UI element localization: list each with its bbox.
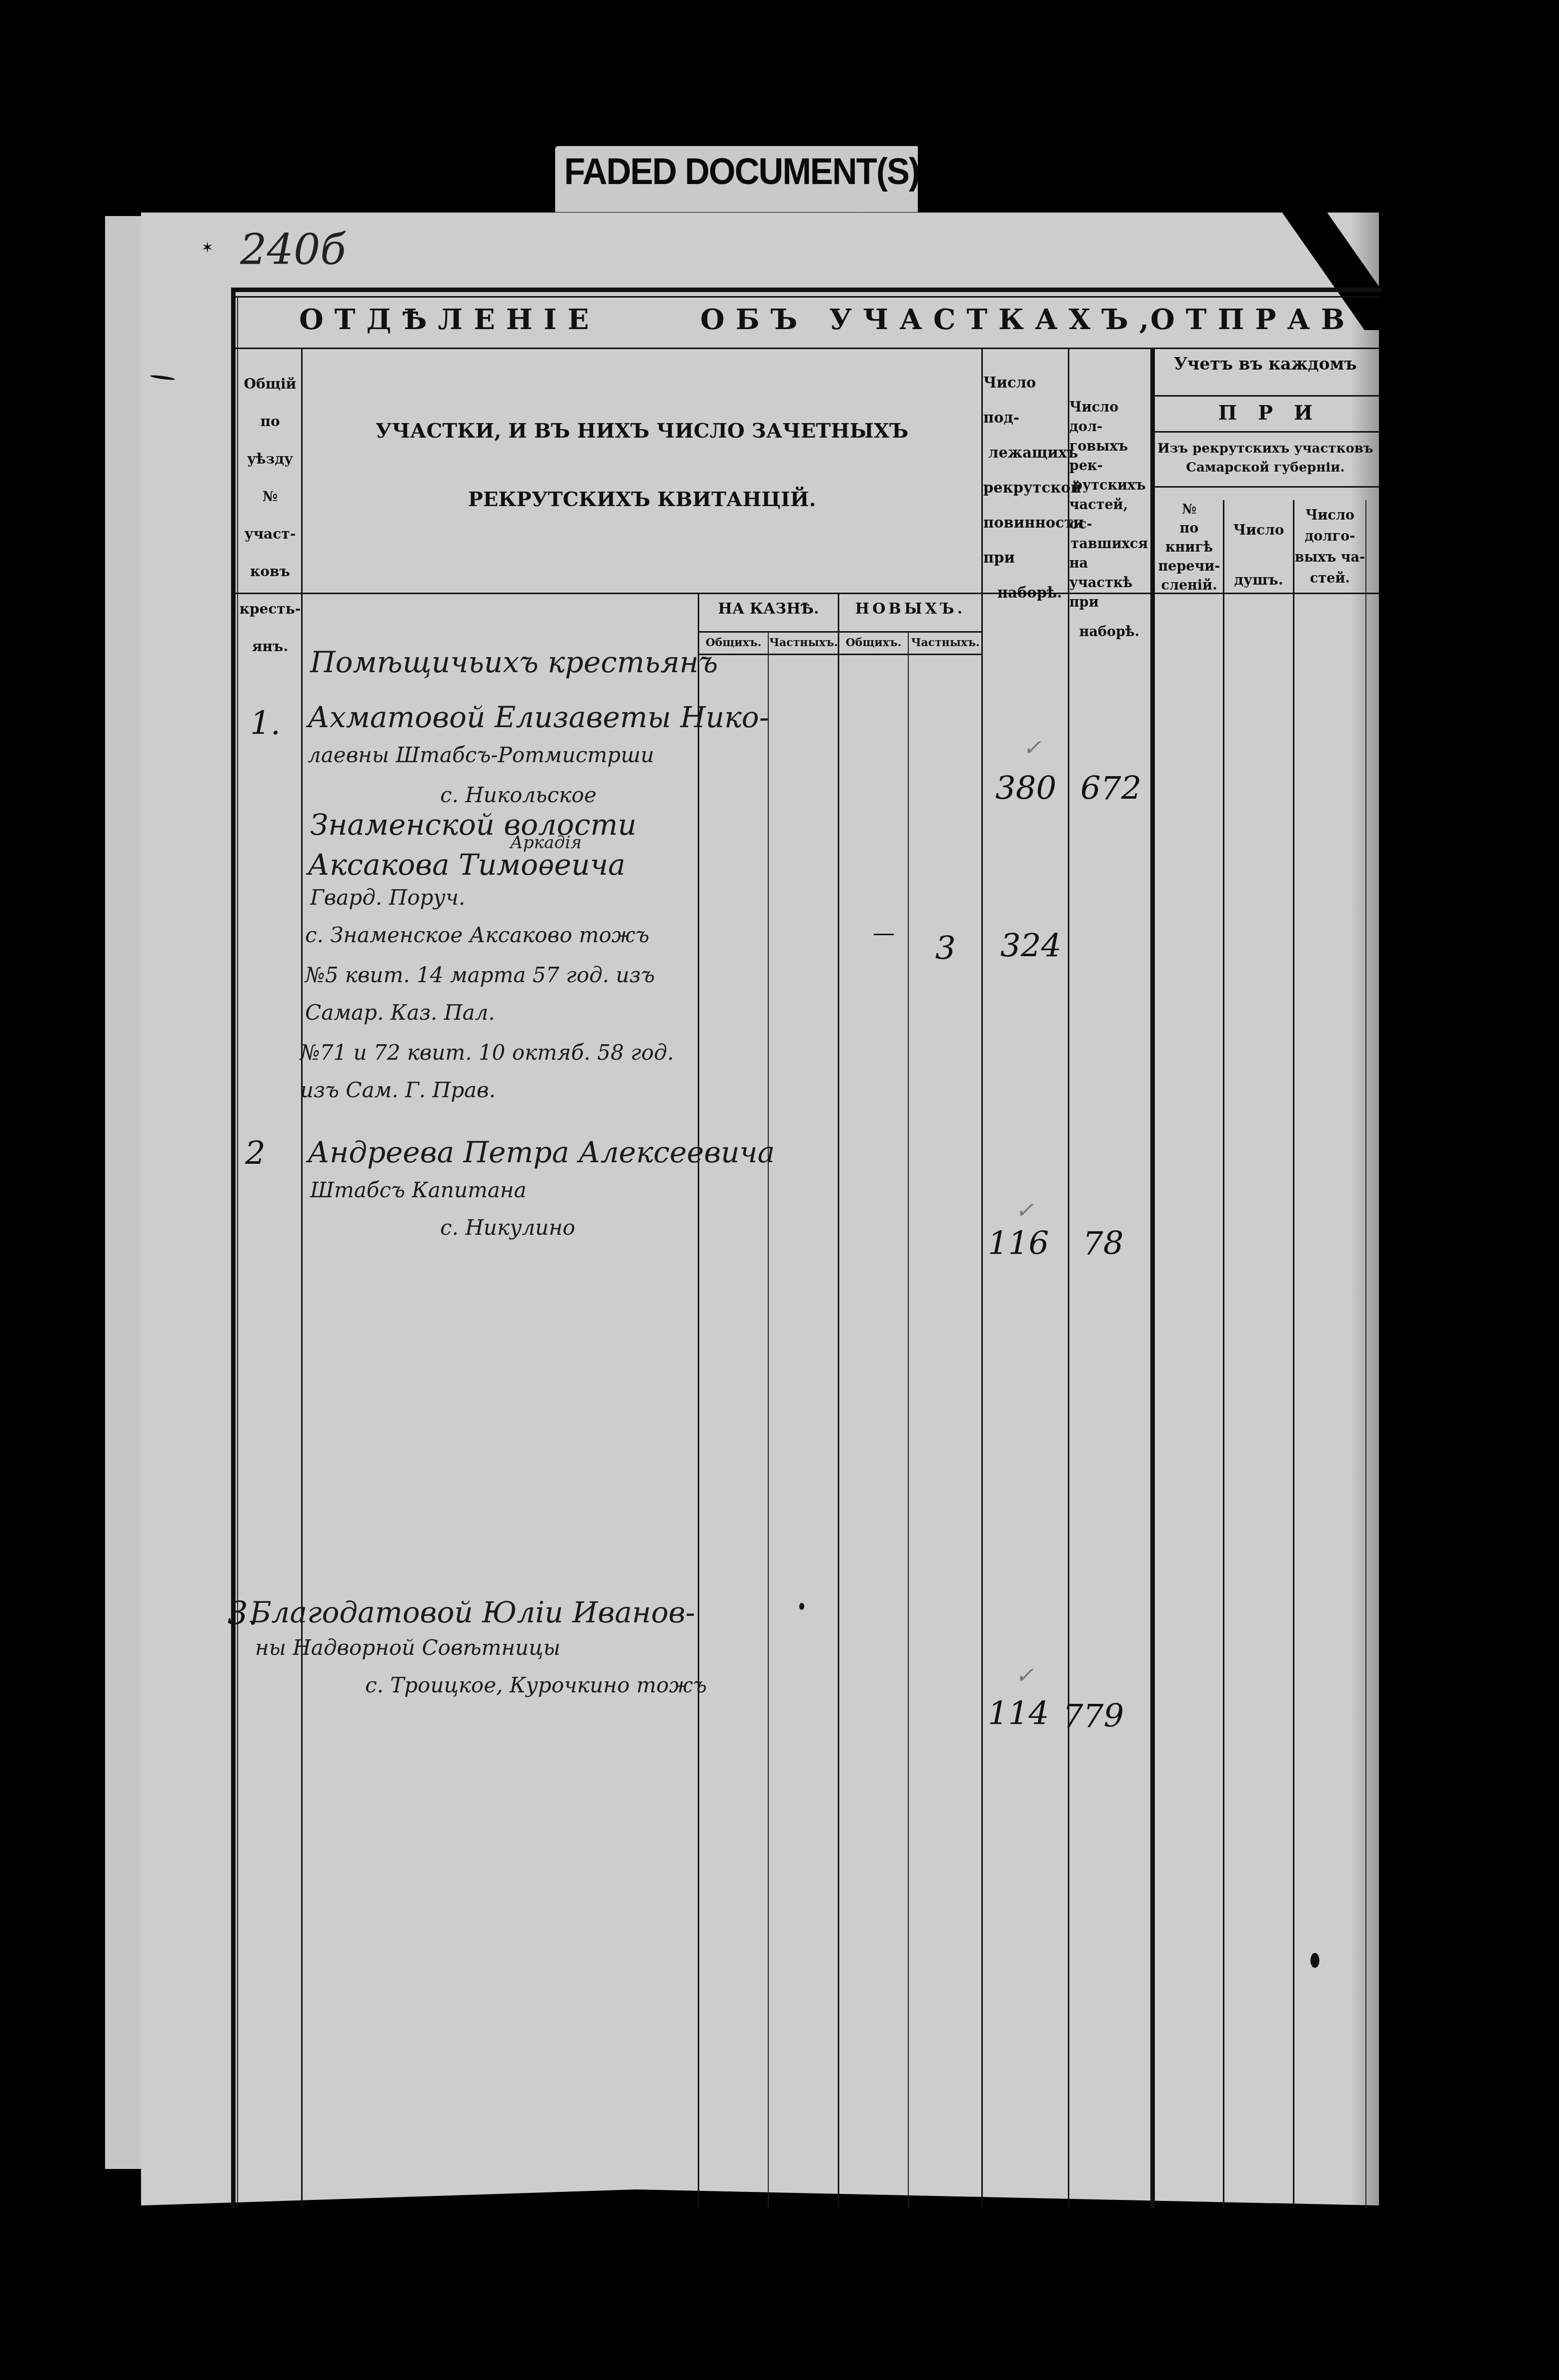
- col-sep-new-mid: [908, 633, 909, 2208]
- title-word-2: ОБЪ УЧАСТКАХЪ,: [700, 303, 1160, 336]
- title-band-bottom: [235, 348, 1380, 349]
- account-row-sep-2: [1155, 431, 1380, 433]
- entry-1-check-mark: ✓: [1023, 735, 1041, 761]
- col-sep-souls-right: [1293, 500, 1294, 2208]
- table-top-border: [231, 288, 1381, 292]
- entry-1-line4: Знаменской волости: [310, 808, 637, 842]
- header-bottom: [235, 593, 1380, 594]
- entry-3-line1: Благодатовой Юліи Иванов-: [250, 1595, 695, 1629]
- entry-1b-line2: Гвард. Поруч.: [310, 885, 465, 910]
- title-word-3: ОТПРАВ: [1150, 303, 1355, 336]
- header-new-private: Частныхъ.: [909, 636, 981, 649]
- section-heading: Помѣщичьихъ крестьянъ: [310, 645, 718, 679]
- entry-1b-line6: №71 и 72 квит. 10 октяб. 58 год.: [300, 1040, 674, 1065]
- header-account-group: Учетъ въ каждомъ: [1155, 354, 1375, 374]
- col-sep-right-edge: [1365, 500, 1366, 2208]
- col-sep-1: [301, 348, 303, 2208]
- subheader-sep: [698, 631, 981, 633]
- entry-1b-new-common: —: [873, 920, 895, 946]
- entry-1-liable: 380: [995, 770, 1056, 807]
- entry-2-line1: Андреева Петра Алексеевича: [308, 1135, 775, 1169]
- entry-3-check-mark: ✓: [1015, 1663, 1034, 1688]
- entry-1b-liable: 324: [1000, 928, 1061, 965]
- header-treasury: НА КАЗНѢ.: [699, 600, 838, 618]
- entry-2-liable: 116: [988, 1225, 1049, 1262]
- entry-3-liable: 114: [988, 1695, 1049, 1732]
- col-sep-treasury-left: [698, 593, 699, 2208]
- entry-3-line2: ны Надворной Совѣтницы: [255, 1635, 560, 1660]
- account-row-sep-3: [1155, 486, 1380, 488]
- col-sep-liable-left: [981, 348, 983, 2208]
- ink-spot: [799, 1603, 804, 1610]
- header-book-no: № по книгѣ перечи- сленій.: [1155, 500, 1223, 595]
- underlying-sheet: [105, 216, 143, 2169]
- header-new: НОВЫХЪ.: [839, 600, 981, 618]
- table-top-inner: [235, 296, 1380, 298]
- entry-1-line1: Ахматовой Елизаветы Нико-: [308, 700, 769, 734]
- entry-1b-line7: изъ Сам. Г. Прав.: [300, 1078, 496, 1102]
- entry-2-number: 2: [245, 1135, 266, 1172]
- header-debt-count: Число долго- выхъ ча- стей.: [1294, 505, 1365, 589]
- entry-3-debt-parts: 779: [1063, 1698, 1124, 1735]
- entry-2-check-mark: ✓: [1015, 1198, 1034, 1223]
- entry-2-line3: с. Никулино: [440, 1215, 575, 1240]
- header-debt-parts: Число дол- говыхъ рек- рутскихъ частей, …: [1069, 398, 1149, 642]
- entry-2-line2: Штабсъ Капитана: [310, 1178, 527, 1202]
- table-left-inner: [237, 296, 238, 2206]
- entry-1-line3: с. Никольское: [440, 783, 597, 807]
- entry-1b-new-private: 3: [935, 930, 956, 967]
- header-from-samara: Изъ рекрутскихъ участковъ Самарской губе…: [1155, 439, 1375, 477]
- header-treasury-private: Частныхъ.: [769, 636, 838, 649]
- header-souls: Число душъ.: [1224, 505, 1293, 605]
- entry-1b-line3: с. Знаменское Аксаково тожъ: [305, 923, 649, 947]
- entry-2-debt-parts: 78: [1083, 1225, 1123, 1262]
- archive-label-text: FADED DOCUMENT(S): [564, 150, 919, 193]
- entry-1b-line1: Аксакова Тимоѳеича: [308, 848, 625, 882]
- table-left-border: [231, 288, 236, 2208]
- title-word-1: ОТДѢЛЕНІЕ: [299, 303, 600, 336]
- entry-1b-line5: Самар. Каз. Пал.: [305, 1000, 495, 1025]
- header-plots-line2: РЕКРУТСКИХЪ КВИТАНЦІЙ.: [303, 488, 981, 511]
- entry-1b-line4: №5 квит. 14 марта 57 год. изъ: [305, 963, 655, 987]
- col-sep-new-left: [838, 593, 839, 2208]
- col-sep-treasury-mid: [768, 633, 769, 2208]
- entry-1-number: 1.: [250, 705, 281, 742]
- entry-3-line3: с. Троицкое, Курочкино тожъ: [365, 1673, 707, 1697]
- entry-1-line2: лаевны Штабсъ-Ротмистрши: [308, 743, 654, 767]
- header-liable: Число под- лежащихъ рекрутской повинност…: [983, 365, 1067, 610]
- header-new-common: Общихъ.: [839, 636, 908, 649]
- page-number: 240б: [240, 225, 346, 274]
- entry-1-debt-parts: 672: [1080, 770, 1141, 807]
- ink-mark: ✶: [201, 239, 214, 257]
- header-plots-line1: УЧАСТКИ, И ВЪ НИХЪ ЧИСЛО ЗАЧЕТНЫХЪ: [303, 419, 981, 443]
- col-sep-account-left: [1150, 348, 1155, 2208]
- header-district-no: Общій по уѣзду № участ- ковъ кресть- янъ…: [239, 365, 301, 665]
- header-pri: П Р И: [1155, 401, 1375, 425]
- account-row-sep-1: [1155, 395, 1380, 397]
- ink-blot: [1310, 1953, 1319, 1968]
- subheader-bottom: [698, 654, 981, 655]
- col-sep-book-right: [1223, 500, 1224, 2208]
